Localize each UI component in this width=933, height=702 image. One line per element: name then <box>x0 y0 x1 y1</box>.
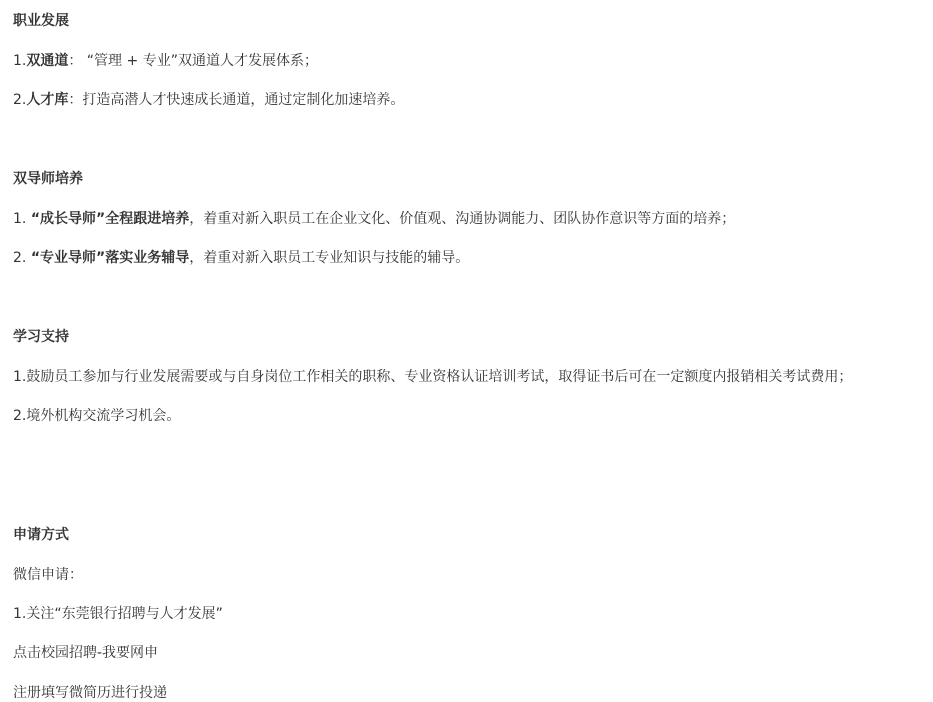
list-item: 2.境外机构交流学习机会。 <box>13 406 180 426</box>
list-item: 2.人才库：打造高潜人才快速成长通道，通过定制化加速培养。 <box>13 90 404 110</box>
section-title-career-development: 职业发展 <box>13 11 69 31</box>
item-prefix: 1. <box>13 211 31 227</box>
section-title-dual-mentor: 双导师培养 <box>13 169 83 189</box>
item-prefix: 2. <box>13 250 31 266</box>
list-item: 1.鼓励员工参加与行业发展需要或与自身岗位工作相关的职称、专业资格认证培训考试，… <box>13 367 852 387</box>
item-bold: “专业导师”落实业务辅导 <box>31 250 189 266</box>
section-title-application-method: 申请方式 <box>13 525 69 545</box>
list-item: 微信申请： <box>13 565 83 585</box>
list-item: 2. “专业导师”落实业务辅导，着重对新入职员工专业知识与技能的辅导。 <box>13 248 469 268</box>
list-item: 点击校园招聘-我要网申 <box>13 643 158 663</box>
item-text: ：打造高潜人才快速成长通道，通过定制化加速培养。 <box>68 92 404 108</box>
list-item: 1.双通道： “管理 + 专业”双通道人才发展体系； <box>13 51 318 71</box>
item-bold: “成长导师”全程跟进培养 <box>31 211 189 227</box>
item-bold: 双通道 <box>26 53 68 69</box>
list-item: 1. “成长导师”全程跟进培养，着重对新入职员工在企业文化、价值观、沟通协调能力… <box>13 209 735 229</box>
item-prefix: 1. <box>13 53 26 69</box>
item-text: ： “管理 + 专业”双通道人才发展体系； <box>68 53 318 69</box>
list-item: 1.关注“东莞银行招聘与人才发展” <box>13 604 223 624</box>
item-text: ，着重对新入职员工在企业文化、价值观、沟通协调能力、团队协作意识等方面的培养； <box>189 211 735 227</box>
section-title-learning-support: 学习支持 <box>13 327 69 347</box>
item-prefix: 2. <box>13 92 26 108</box>
item-text: ，着重对新入职员工专业知识与技能的辅导。 <box>189 250 469 266</box>
item-bold: 人才库 <box>26 92 68 108</box>
list-item: 注册填写微简历进行投递 <box>13 683 167 702</box>
